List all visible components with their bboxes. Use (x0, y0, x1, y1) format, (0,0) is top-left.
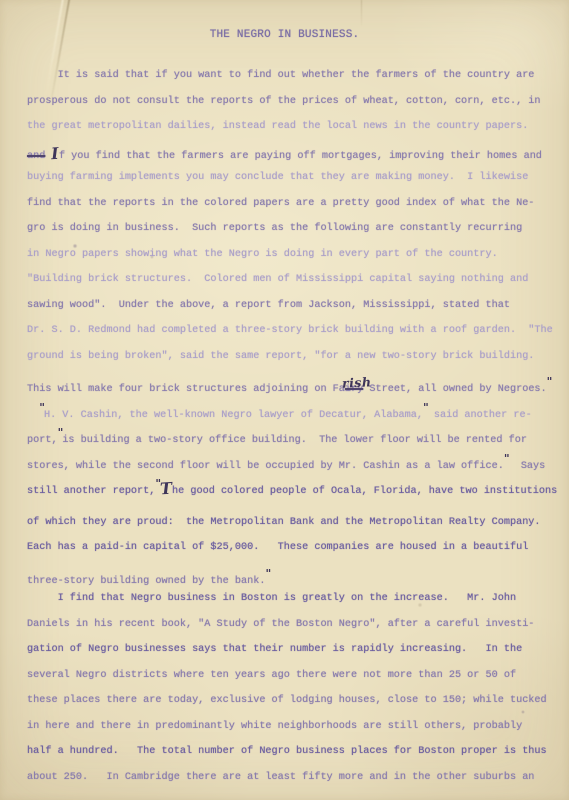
handwritten-quote-mark: " (265, 567, 270, 580)
typed-text: Says (509, 461, 546, 472)
typed-line: several Negro districts where ten years … (27, 663, 565, 689)
typed-text: I find that Negro business in Boston is … (27, 593, 516, 604)
typed-line: half a hundred. The total number of Negr… (27, 739, 565, 765)
typed-text: prosperous do not consult the reports of… (27, 96, 541, 107)
handwritten-letter: T (159, 476, 173, 502)
typed-text: find that the reports in the colored pap… (27, 198, 534, 209)
strikethrough-text: iryrish (345, 384, 363, 395)
typed-line: the great metropolitan dailies, instead … (27, 114, 565, 140)
typed-text: f you find that the farmers are paying o… (59, 151, 542, 162)
typed-line: sawing wood". Under the above, a report … (27, 293, 565, 319)
typed-text: in Negro papers showing what the Negro i… (27, 249, 498, 260)
typed-line: in Negro papers showing what the Negro i… (27, 242, 565, 268)
typed-line: buying farming implements you may conclu… (27, 165, 565, 191)
typed-text: these places there are today, exclusive … (27, 695, 547, 706)
typed-line: three-story building owned by the bank." (27, 561, 565, 587)
typed-line: gro is doing in business. Such reports a… (27, 216, 565, 242)
typed-text: several Negro districts where ten years … (27, 670, 516, 681)
typed-line: "Building brick structures. Colored men … (27, 267, 565, 293)
typed-line: I find that Negro business in Boston is … (27, 586, 565, 612)
typed-line: find that the reports in the colored pap… (27, 191, 565, 217)
handwritten-quote-mark: " (547, 375, 552, 388)
typed-text: is building a two-story office building.… (62, 435, 527, 446)
typed-line: Dr. S. D. Redmond had completed a three-… (27, 318, 565, 344)
typed-text: said another re- (428, 410, 532, 421)
paper-crease-top (361, 0, 362, 26)
typed-text: stores, while the second floor will be o… (27, 461, 504, 472)
typed-line: prosperous do not consult the reports of… (27, 89, 565, 115)
typed-text: This will make four brick structures adj… (27, 384, 345, 395)
typed-line: these places there are today, exclusive … (27, 688, 565, 714)
typed-text: three-story building owned by the bank. (27, 576, 265, 587)
strikethrough-text: and (27, 151, 45, 162)
typed-line: and If you find that the farmers are pay… (27, 140, 565, 166)
typed-text: of which they are proud: the Metropolita… (27, 517, 541, 528)
typed-text: half a hundred. The total number of Negr… (27, 746, 547, 757)
typed-line: Daniels in his recent book, "A Study of … (27, 612, 565, 638)
typed-text (27, 410, 39, 421)
typed-line: still another report,"The good colored p… (27, 471, 565, 497)
document-title: THE NEGRO IN BUSINESS. (0, 29, 569, 41)
typed-text: about 250. In Cambridge there are at lea… (27, 772, 534, 783)
typed-text: in here and there in predominantly white… (27, 721, 522, 732)
typed-text: the great metropolitan dailies, instead … (27, 121, 528, 132)
typed-line: Each has a paid-in capital of $25,000. T… (27, 535, 565, 561)
document-page: THE NEGRO IN BUSINESS. It is said that i… (0, 0, 569, 800)
typed-text: gation of Negro businesses says that the… (27, 644, 522, 655)
handwritten-letter: I (51, 140, 60, 166)
typed-line: about 250. In Cambridge there are at lea… (27, 765, 565, 791)
typed-line: It is said that if you want to find out … (27, 63, 565, 89)
typed-text: gro is doing in business. Such reports a… (27, 223, 522, 234)
typed-text: It is said that if you want to find out … (27, 70, 534, 81)
typed-text: Street, all owned by Negroes. (363, 384, 546, 395)
typed-lines: It is said that if you want to find out … (27, 63, 565, 790)
typed-text: buying farming implements you may conclu… (27, 172, 528, 183)
typed-line: of which they are proud: the Metropolita… (27, 510, 565, 536)
typed-text: port, (27, 435, 58, 446)
typed-line: "H. V. Cashin, the well-known Negro lawy… (27, 395, 565, 421)
typed-line: stores, while the second floor will be o… (27, 446, 565, 472)
typed-text: still another report, (27, 486, 155, 497)
typed-text: H. V. Cashin, the well-known Negro lawye… (44, 410, 423, 421)
typed-line: ground is being broken", said the same r… (27, 344, 565, 370)
typed-line: port,"is building a two-story office bui… (27, 420, 565, 446)
typed-text: "Building brick structures. Colored men … (27, 274, 528, 285)
typed-line: gation of Negro businesses says that the… (27, 637, 565, 663)
typed-text: ground is being broken", said the same r… (27, 351, 534, 362)
typed-text: he good colored people of Ocala, Florida… (172, 486, 557, 497)
typed-line: This will make four brick structures adj… (27, 369, 565, 395)
typed-text: Daniels in his recent book, "A Study of … (27, 619, 534, 630)
typed-text: Each has a paid-in capital of $25,000. T… (27, 542, 528, 553)
handwritten-word-above: rish (341, 369, 372, 396)
typed-line: in here and there in predominantly white… (27, 714, 565, 740)
typed-text: Dr. S. D. Redmond had completed a three-… (27, 325, 553, 336)
typed-text: sawing wood". Under the above, a report … (27, 300, 510, 311)
